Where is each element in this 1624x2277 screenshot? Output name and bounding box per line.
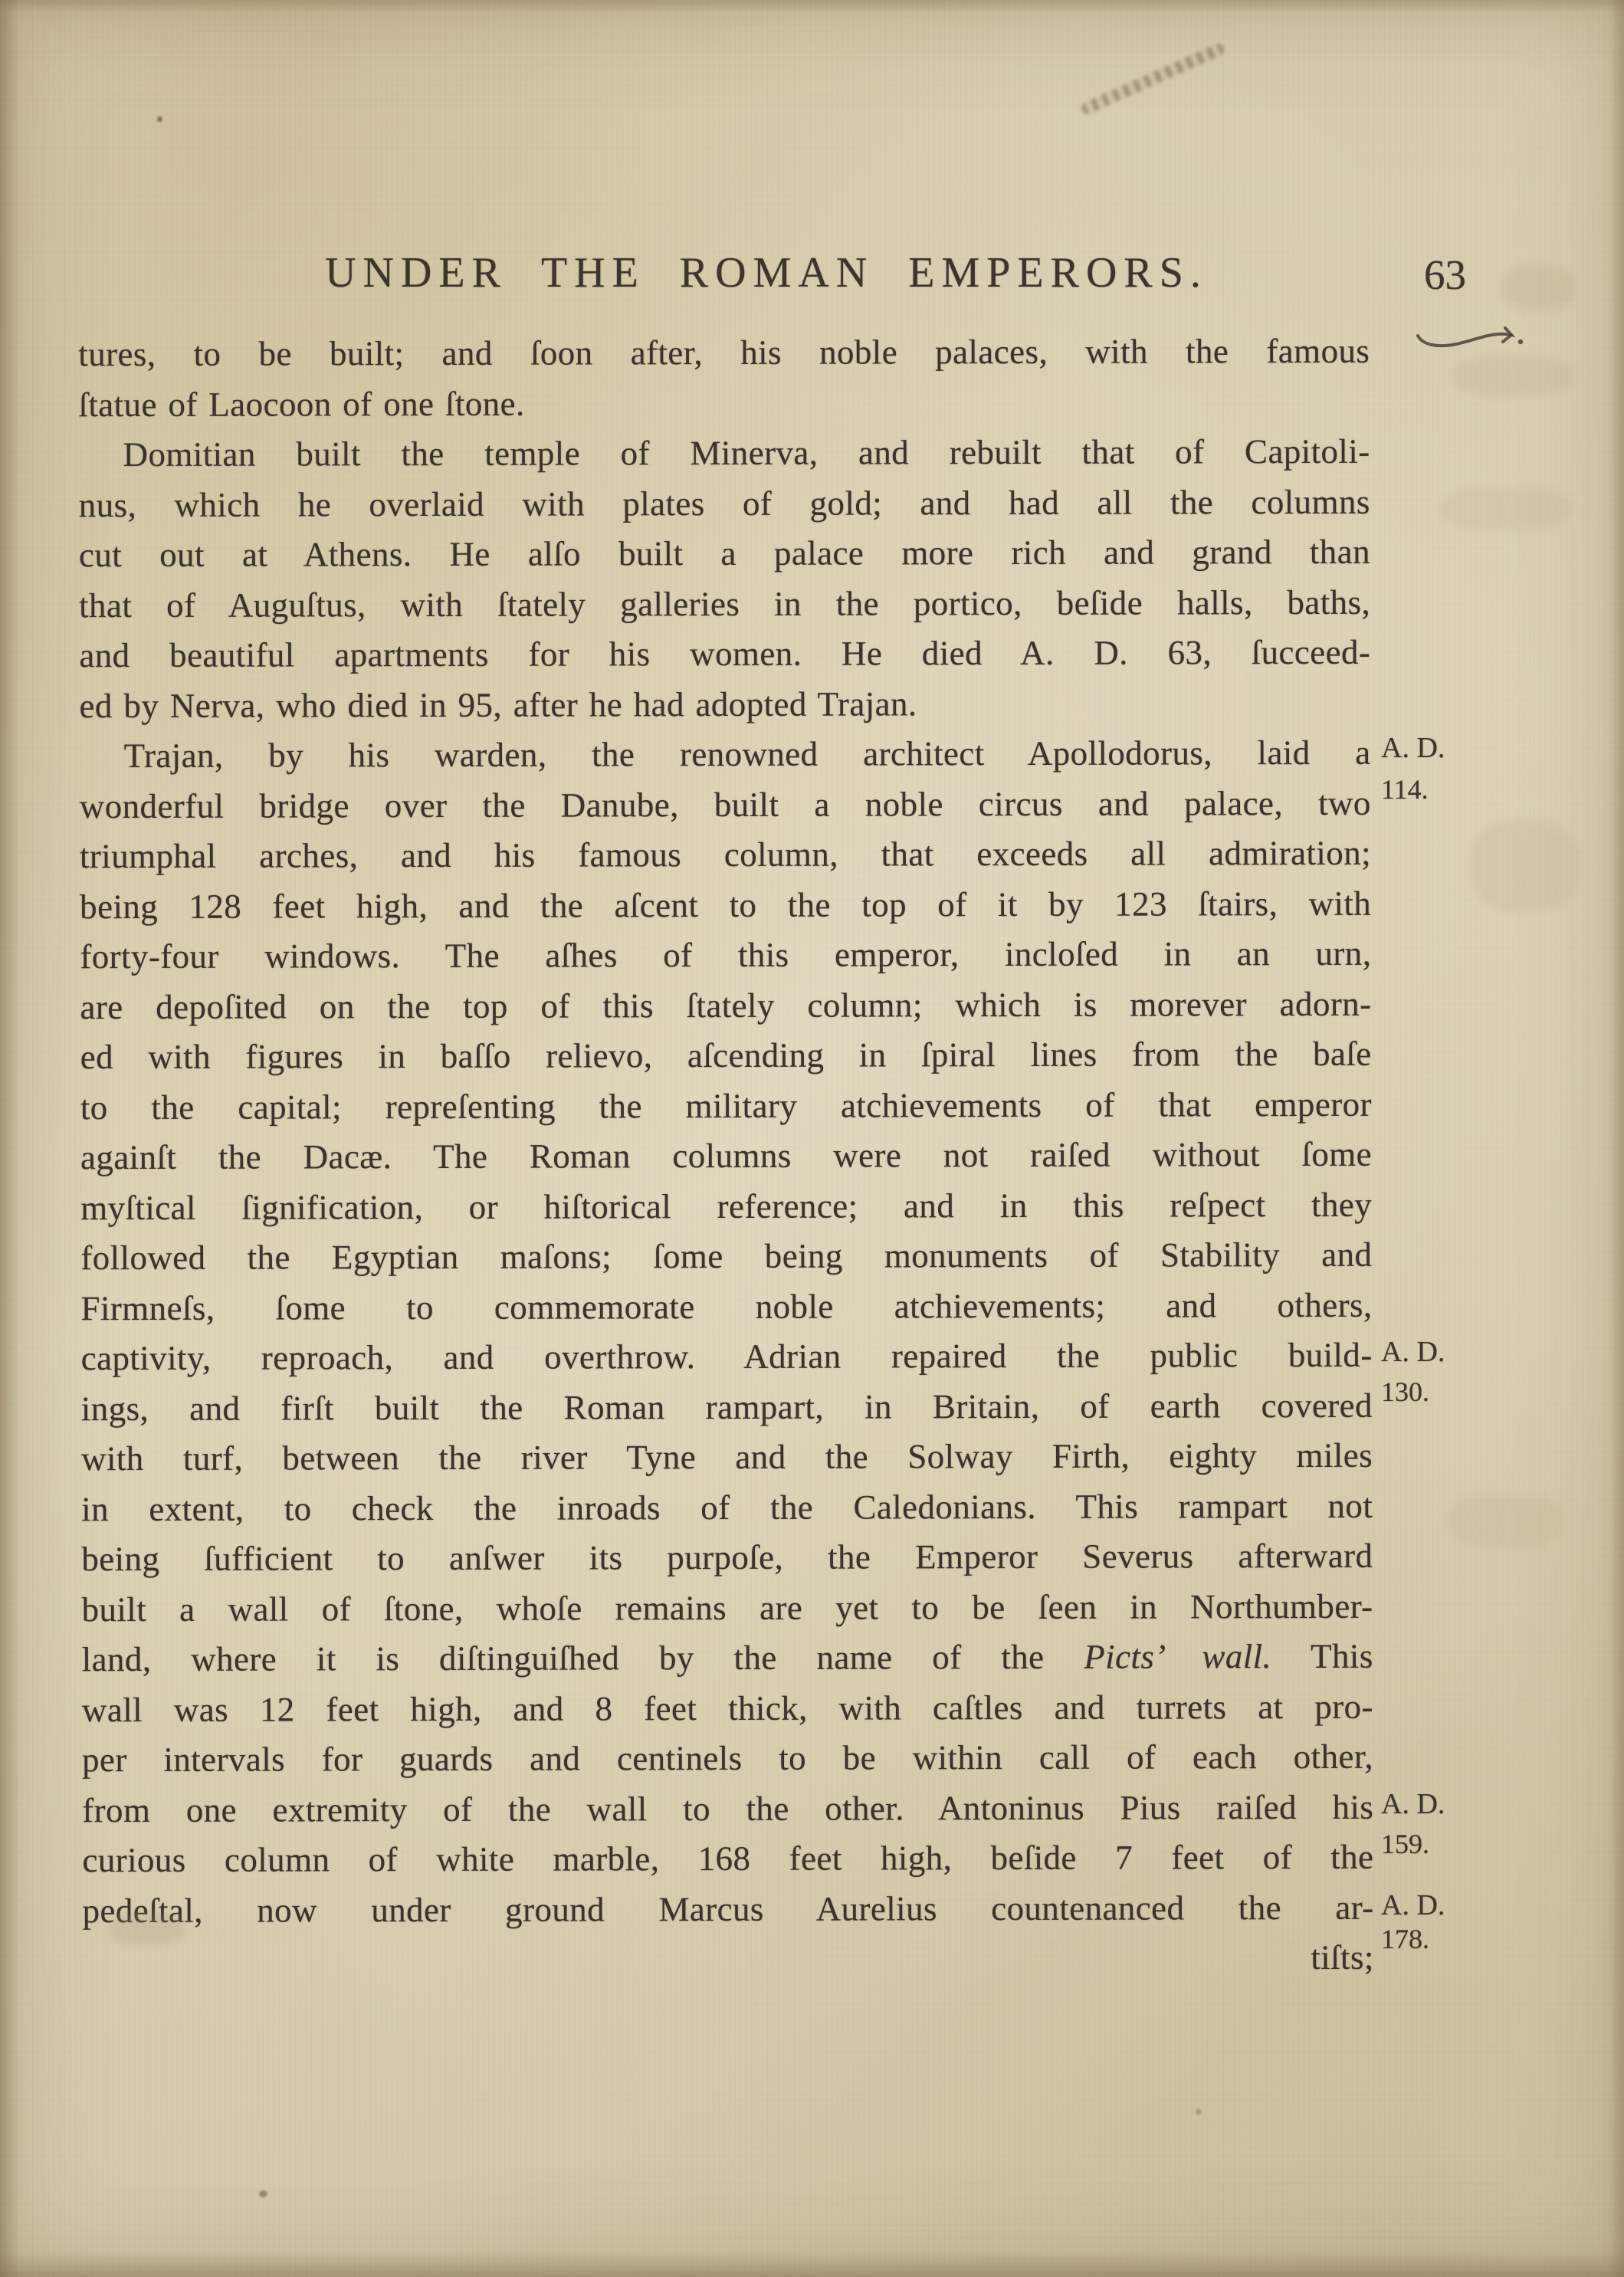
text-line-17: againſt the Dacæ. The Roman columns were… [80,1130,1372,1183]
text-line-15: ed with figures in baſſo relievo, aſcend… [80,1029,1372,1083]
text-line-06: that of Auguſtus, with ſtately galleries… [79,577,1370,631]
text-line-27: land, where it is diſtinguiſhed by the n… [82,1632,1373,1685]
text-line-26: built a wall of ſtone, whoſe remains are… [81,1581,1373,1635]
margin-note-year-1: 114. [1381,771,1496,808]
text-line-02: ſtatue of Laocoon of one ſtone. [78,376,1370,430]
text-line-05: cut out at Athens. He alſo built a palac… [79,527,1370,581]
text-line-11: triumphal arches, and his famous column,… [80,828,1371,882]
bleedthrough-smudge [109,1913,185,1945]
ink-speck [259,2190,267,2197]
text-line-30: from one extremity of the wall to the ot… [82,1782,1373,1836]
text-line-16: to the capital; repreſenting the militar… [80,1079,1372,1133]
text-line-14: are depoſited on the top of this ſtately… [80,979,1371,1032]
bleedthrough-smudge [1448,1494,1563,1548]
ink-speck [157,116,162,122]
text-line-01: tures, to be built; and ſoon after, his … [78,326,1370,380]
catchword: tiſts; [83,1933,1374,1987]
scan-edge-shadow [0,0,20,2277]
text-line-09: Trajan, by his warden, the renowned arch… [80,728,1371,782]
text-line-10: wonderful bridge over the Danube, built … [80,778,1371,832]
running-head: UNDER THE ROMAN EMPERORS. [80,245,1452,300]
text-line-12: being 128 feet high, and the aſcent to t… [80,878,1371,932]
bleedthrough-smudge [1471,820,1579,912]
text-line-19: followed the Egyptian maſons; ſome being… [80,1230,1372,1284]
text-line-20: Firmneſs, ſome to commemorate noble atch… [80,1280,1372,1334]
bleedthrough-smudge [1452,356,1575,396]
pencil-scribble-mark [1080,42,1226,116]
bleedthrough-smudge [1502,264,1575,310]
margin-note-year-4: 178. [1381,1921,1496,1957]
text-line-04: nus, which he overlaid with plates of go… [79,477,1370,530]
text-line-03: Domitian built the temple of Minerva, an… [79,427,1370,481]
text-line-07: and beautiful apartments for his women. … [79,628,1370,681]
margin-note-year-2: 130. [1381,1373,1496,1410]
text-line-18: myſtical ſignification, or hiſtorical re… [80,1180,1372,1233]
margin-note-year-3: 159. [1381,1826,1496,1862]
text-line-32: pedeſtal, now under ground Marcus Aureli… [82,1882,1373,1936]
bleedthrough-smudge [1441,487,1571,531]
text-line-31: curious column of white marble, 168 feet… [82,1832,1373,1886]
text-line-27-pre: land, where it is diſtinguiſhed by the n… [82,1638,1084,1678]
text-line-13: forty-four windows. The aſhes of this em… [80,929,1371,983]
ink-speck [1196,2109,1202,2115]
text-line-29: per intervals for guards and centinels t… [82,1732,1373,1786]
margin-note-ad-3: A. D. [1381,1786,1496,1823]
margin-note-ad-4: A. D. [1381,1887,1496,1924]
scan-edge-shadow [0,2251,1624,2277]
text-line-08: ed by Nerva, who died in 95, after he ha… [79,678,1370,731]
scan-edge-shadow [1609,0,1624,2277]
text-line-22: ings, and firſt built the Roman rampart,… [81,1380,1373,1434]
text-line-24: in extent, to check the inroads of the C… [81,1481,1373,1534]
margin-note-ad-2: A. D. [1381,1334,1496,1370]
text-line-28: wall was 12 feet high, and 8 feet thick,… [82,1682,1373,1735]
text-line-27-italic: Picts’ wall. [1084,1637,1271,1676]
book-page-scan: UNDER THE ROMAN EMPERORS. 63 tures, to b… [0,0,1624,2277]
body-text: tures, to be built; and ſoon after, his … [78,326,1374,1987]
text-line-23: with turf, between the river Tyne and th… [81,1431,1373,1485]
text-line-21: captivity, reproach, and overthrow. Adri… [81,1330,1373,1384]
margin-note-ad-1: A. D. [1381,730,1496,766]
text-line-25: being ſufficient to anſwer its purpoſe, … [81,1531,1373,1585]
text-line-27-post: This [1271,1637,1373,1675]
scan-edge-shadow [0,0,1624,12]
